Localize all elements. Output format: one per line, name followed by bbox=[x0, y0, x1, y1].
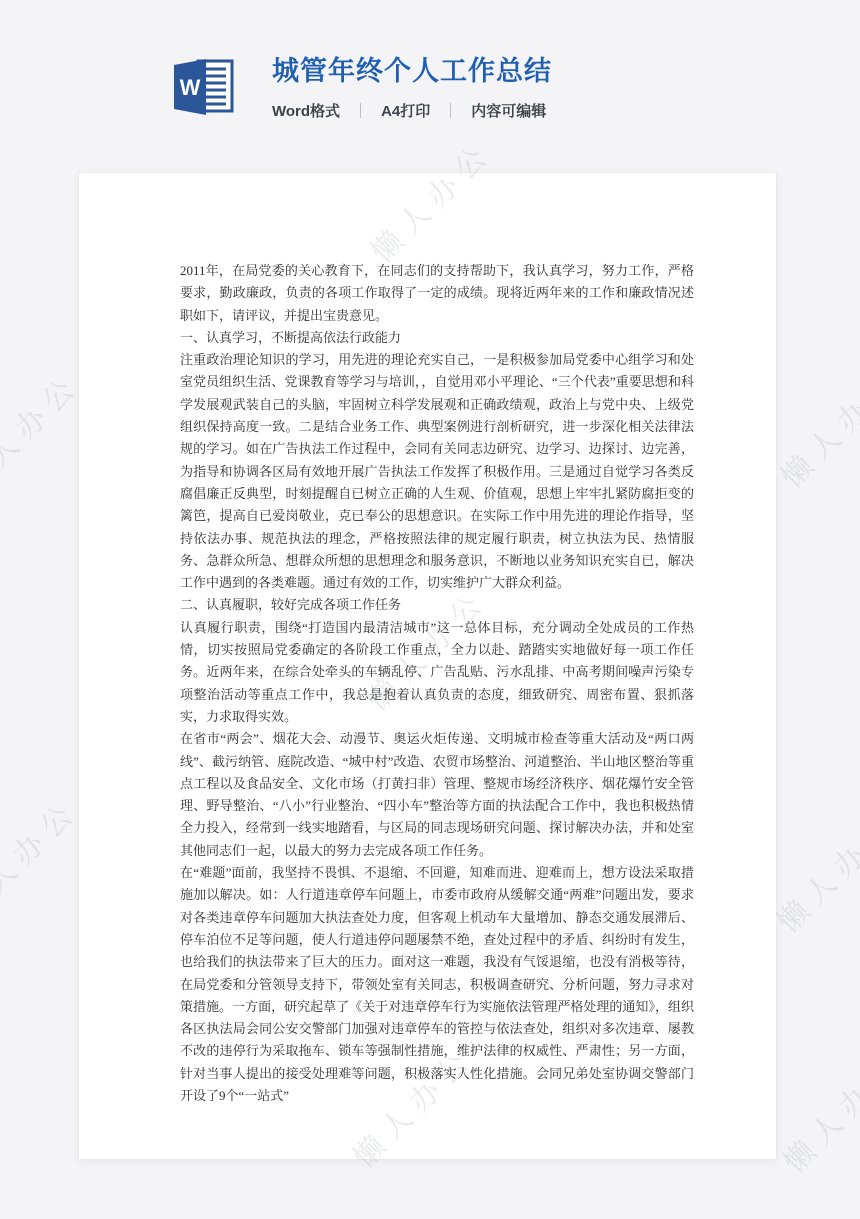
svg-text:W: W bbox=[180, 75, 201, 100]
meta-print: A4打印 bbox=[381, 103, 430, 120]
template-preview-page: { "header": { "title": "城管年终个人工作总结", "se… bbox=[0, 0, 860, 1219]
watermark-text: 懒人办公 bbox=[769, 354, 860, 495]
word-file-icon: W bbox=[168, 56, 238, 118]
document-page: 2011年，在局党委的关心教育下，在同志们的支持帮助下，我认真学习，努力工作，严… bbox=[78, 172, 777, 1160]
document-meta: Word格式｜A4打印｜内容可编辑 bbox=[272, 100, 552, 121]
title-block: 城管年终个人工作总结 Word格式｜A4打印｜内容可编辑 bbox=[272, 56, 552, 121]
section-heading: 二、认真履职，较好完成各项工作任务 bbox=[180, 594, 694, 616]
meta-format: Word格式 bbox=[272, 103, 340, 120]
paragraph: 2011年，在局党委的关心教育下，在同志们的支持帮助下，我认真学习，努力工作，严… bbox=[180, 260, 694, 327]
page-header: W 城管年终个人工作总结 Word格式｜A4打印｜内容可编辑 bbox=[0, 0, 860, 150]
section-heading: 一、认真学习，不断提高依法行政能力 bbox=[180, 327, 694, 349]
paragraph: 认真履行职责，围绕“打造国内最清洁城市”这一总体目标，充分调动全处成员的工作热情… bbox=[180, 617, 694, 728]
meta-separator: ｜ bbox=[443, 103, 458, 120]
document-content: 2011年，在局党委的关心教育下，在同志们的支持帮助下，我认真学习，努力工作，严… bbox=[79, 173, 776, 1107]
paragraph: 在省市“两会”、烟花大会、动漫节、奥运火炬传递、文明城市检查等重大活动及“两口两… bbox=[180, 728, 694, 862]
watermark-text: 懒人办公 bbox=[771, 1039, 860, 1180]
watermark-text: 懒人办公 bbox=[0, 787, 87, 928]
document-title: 城管年终个人工作总结 bbox=[272, 56, 552, 86]
meta-separator: ｜ bbox=[353, 103, 368, 120]
watermark-text: 懒人办公 bbox=[0, 361, 89, 502]
watermark-text: 懒人办公 bbox=[765, 799, 860, 940]
paragraph: 在“难题”面前，我坚持不畏惧、不退缩、不回避，知难而进、迎难而上，想方设法采取措… bbox=[180, 862, 694, 1107]
meta-editable: 内容可编辑 bbox=[471, 103, 546, 120]
paragraph: 注重政治理论知识的学习，用先进的理论充实自己，一是积极参加局党委中心组学习和处室… bbox=[180, 349, 694, 594]
